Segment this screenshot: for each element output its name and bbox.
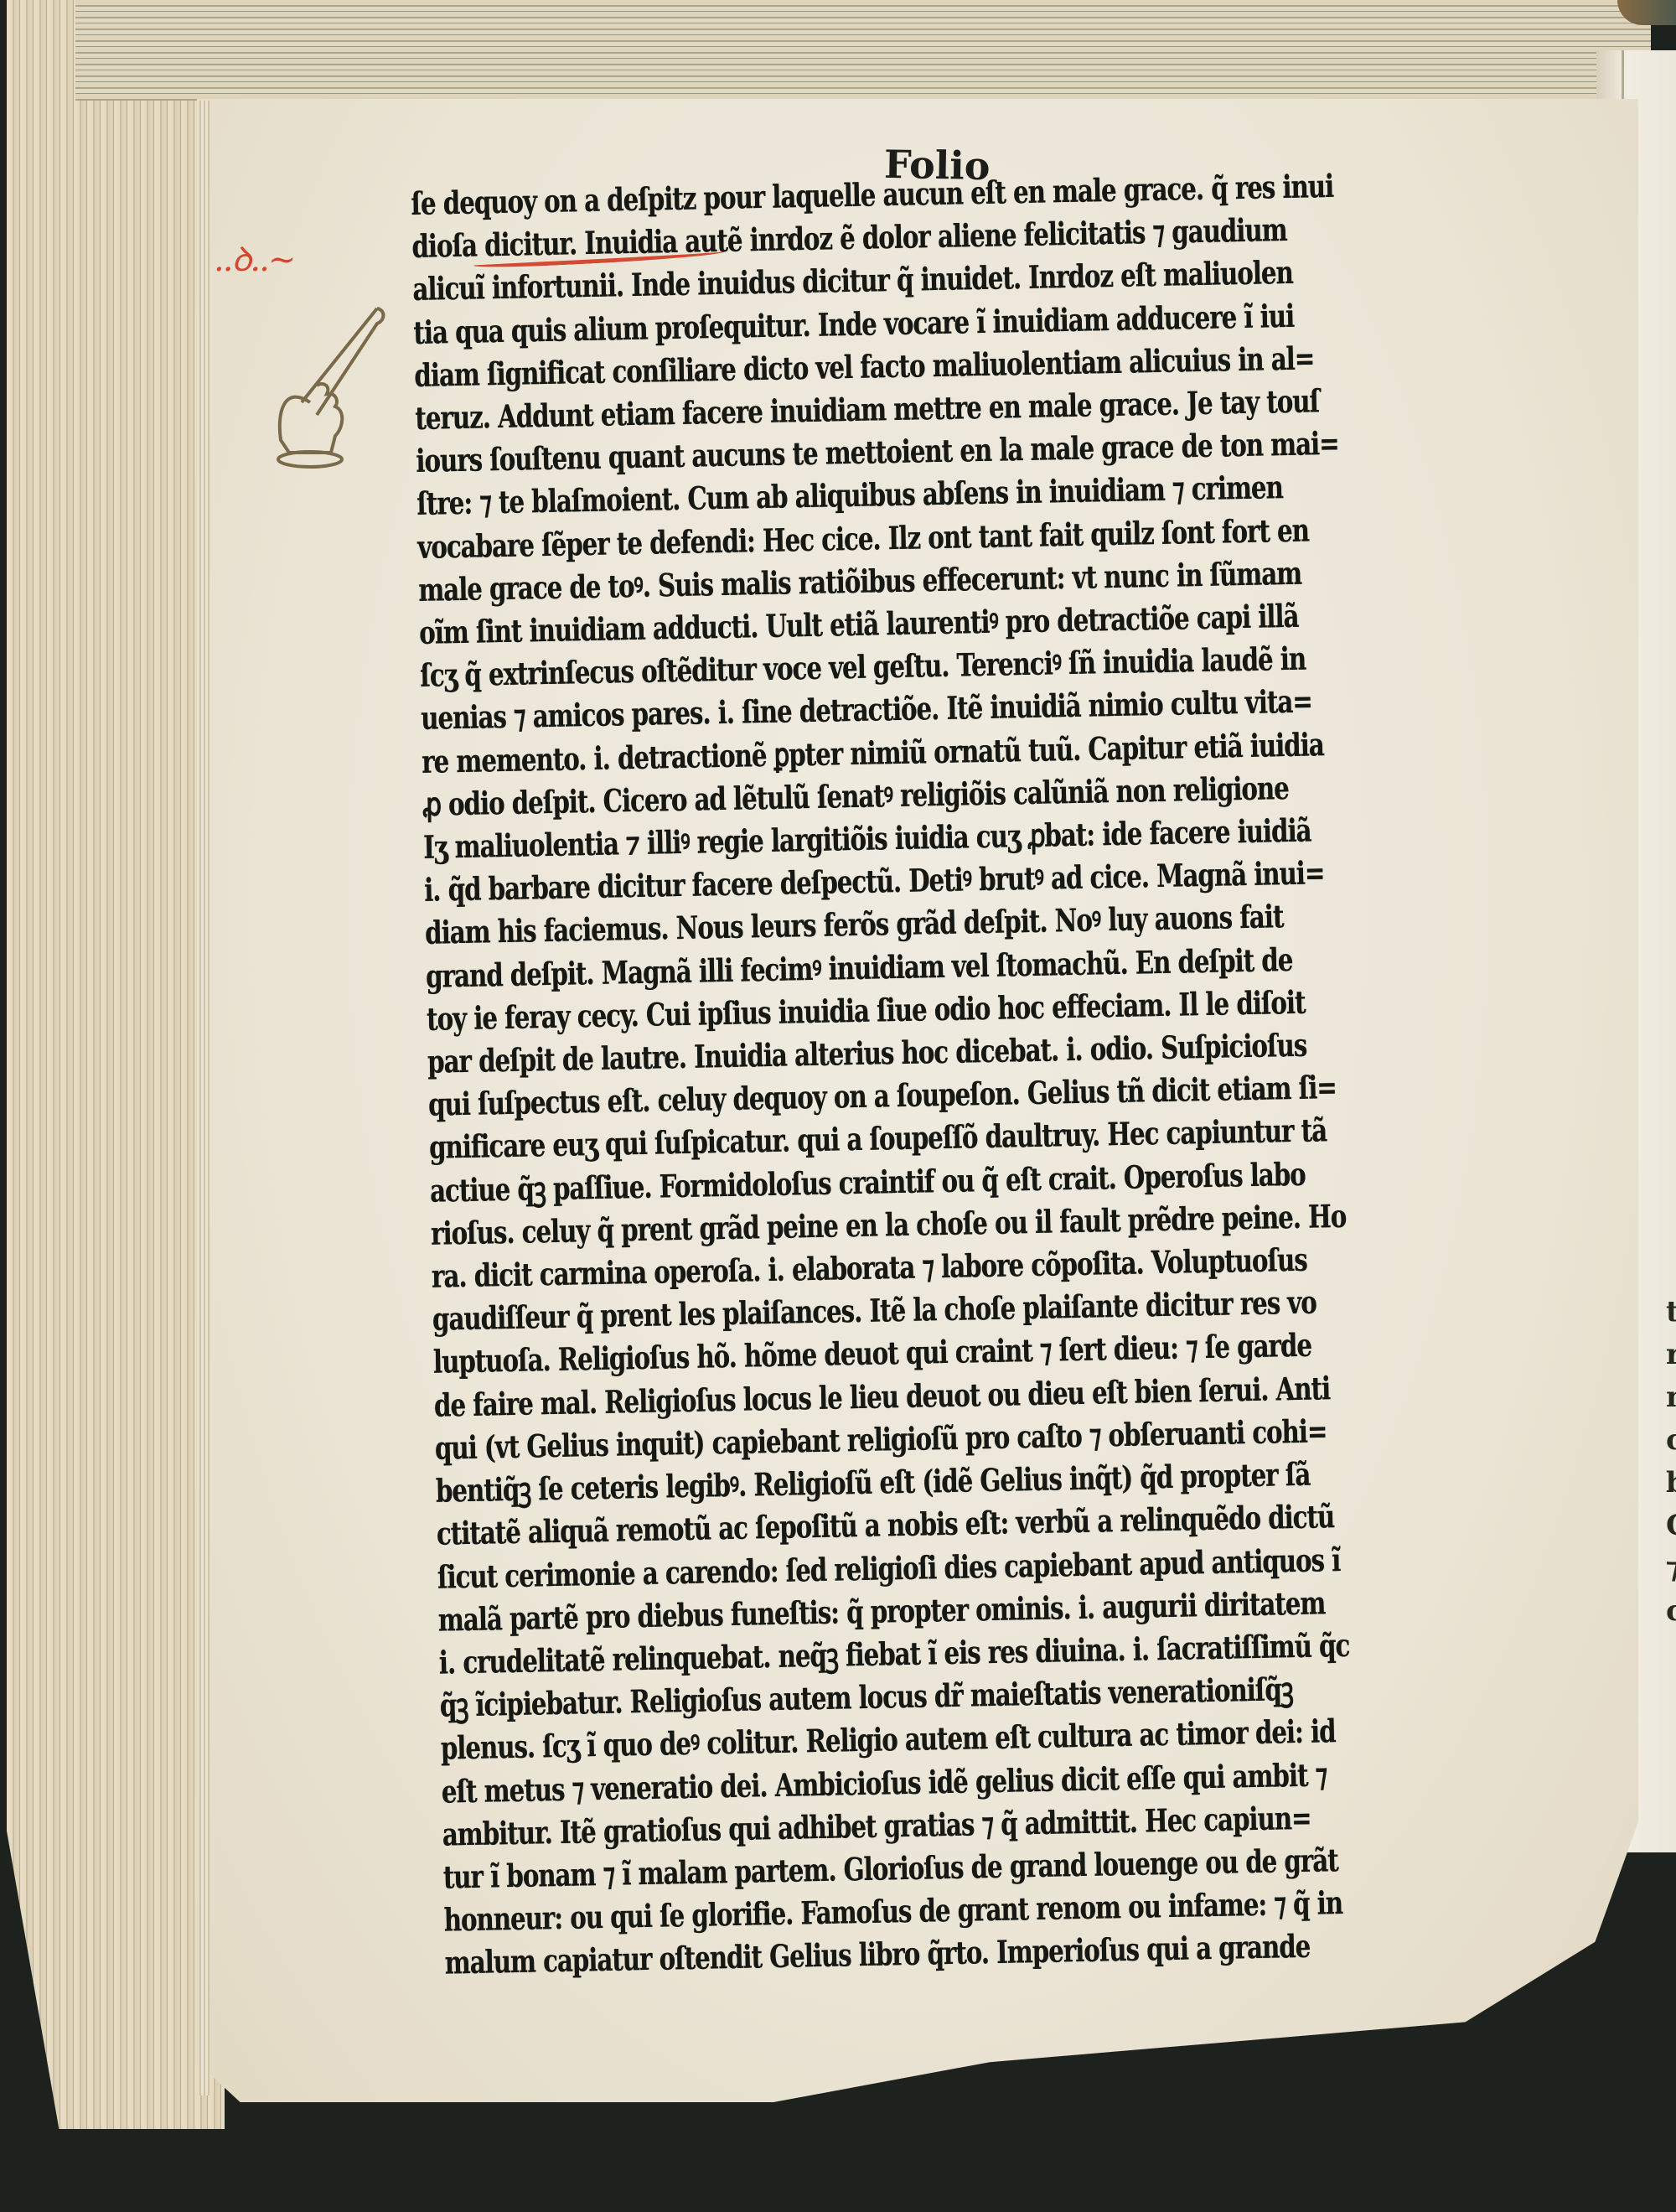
fragment: bre	[1666, 1462, 1676, 1505]
fragment: cui	[1666, 1419, 1676, 1462]
pointing-hand-icon	[251, 302, 394, 469]
fragment: Ce	[1666, 1505, 1676, 1547]
fragment: rir	[1666, 1334, 1676, 1376]
page-stack-top-edges	[75, 0, 1651, 101]
red-marginal-note: ..ꝺ..~	[214, 235, 294, 281]
text-block: ſe dequoy on a deſpitz pour laquelle auc…	[411, 160, 1618, 1985]
adjacent-page-fragments: ta rir mal cui bre Ce ⁊ lo cul	[1666, 1291, 1676, 1633]
fragment: ta	[1666, 1291, 1676, 1334]
fragment: cul	[1666, 1590, 1676, 1633]
fragment: mal	[1666, 1376, 1676, 1419]
page-stack-edges	[7, 0, 225, 2129]
fragment: ⁊ lo	[1666, 1547, 1676, 1590]
page-edge-lines	[199, 101, 209, 2095]
